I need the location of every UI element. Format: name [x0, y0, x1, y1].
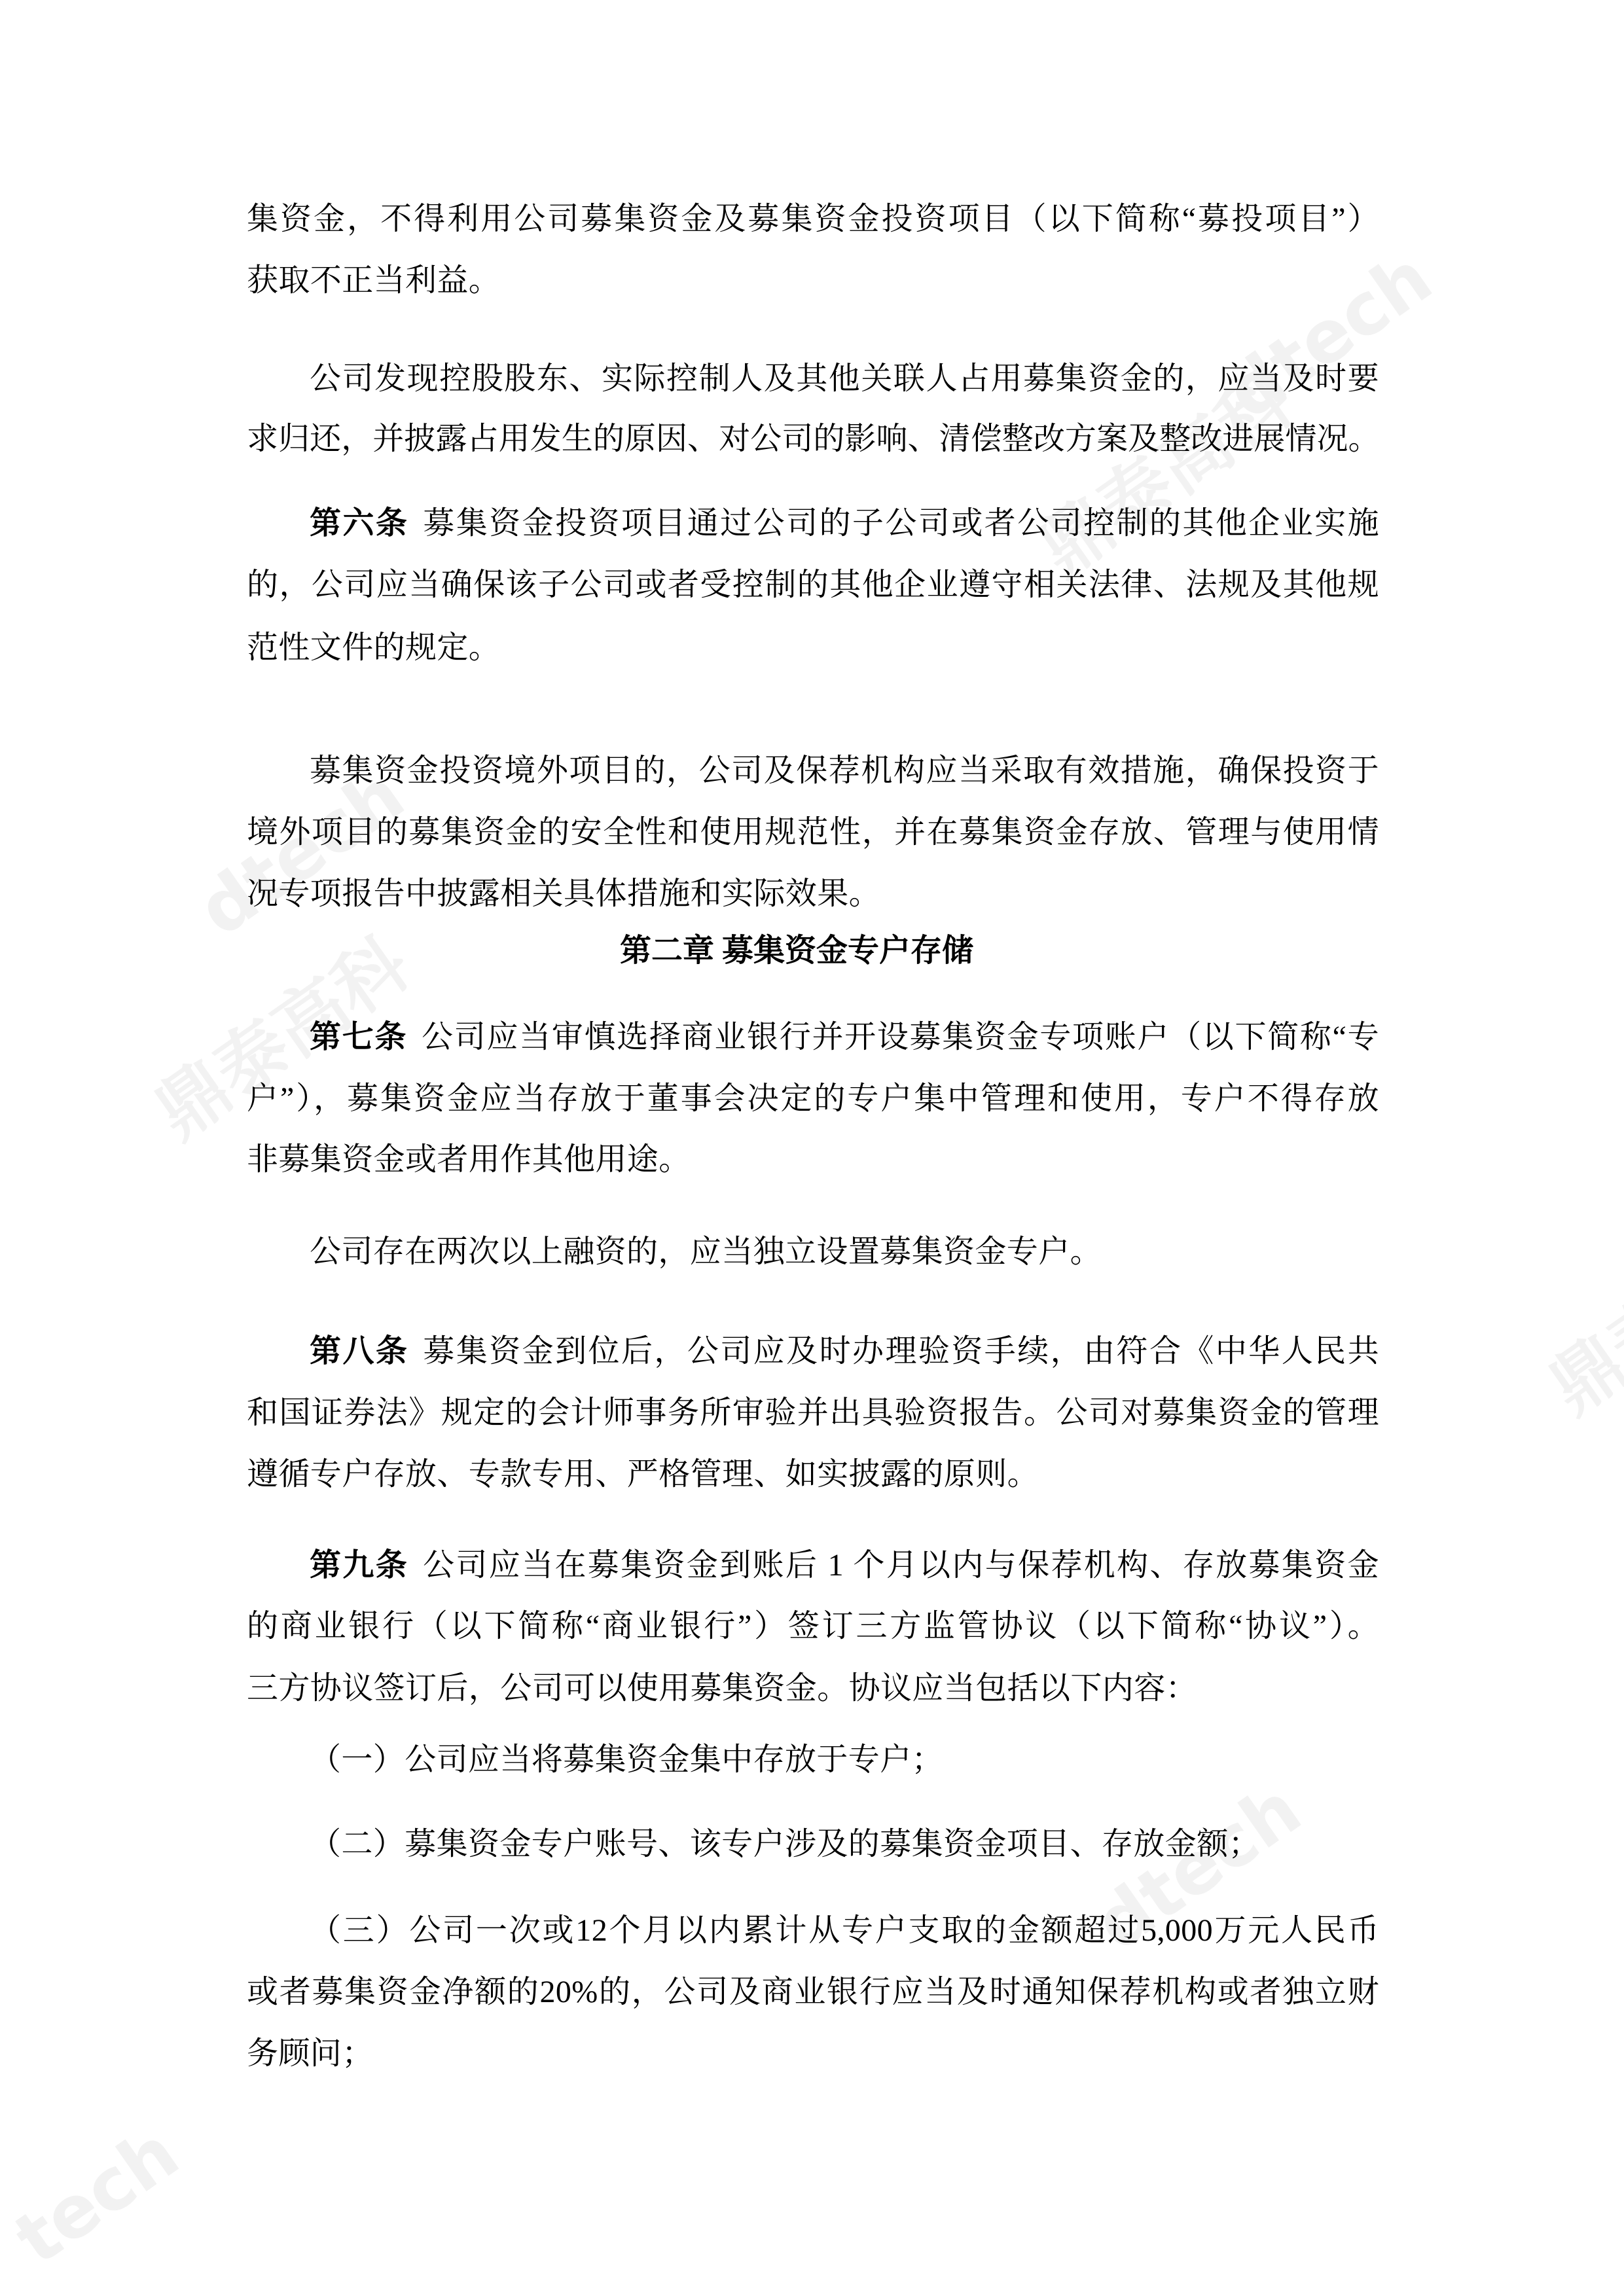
article-text: 募集资金投资项目通过公司的子公司或者公司控制的其他企业实施: [423, 506, 1379, 541]
paragraph-line: 募集资金投资境外项目的，公司及保荐机构应当采取有效措施，确保投资于: [310, 751, 1379, 791]
article-text: 公司应当在募集资金到账后 1 个月以内与保荐机构、存放募集资金: [423, 1548, 1379, 1583]
article-8-line-1: 第八条募集资金到位后，公司应及时办理验资手续，由符合《中华人民共: [310, 1332, 1379, 1371]
article-text: 公司应当审慎选择商业银行并开设募集资金专项账户（以下简称“专: [422, 1020, 1379, 1054]
list-item: （二）募集资金专户账号、该专户涉及的募集资金项目、存放金额；: [310, 1825, 1379, 1864]
paragraph-line: 况专项报告中披露相关具体措施和实际效果。: [247, 874, 1379, 914]
paragraph-line: 公司存在两次以上融资的，应当独立设置募集资金专户。: [310, 1232, 1379, 1272]
paragraph-line: 三方协议签订后，公司可以使用募集资金。协议应当包括以下内容：: [247, 1669, 1379, 1708]
article-text: 募集资金到位后，公司应及时办理验资手续，由符合《中华人民共: [423, 1334, 1379, 1369]
article-6-line-1: 第六条募集资金投资项目通过公司的子公司或者公司控制的其他企业实施: [310, 504, 1379, 543]
article-label: 第七条: [310, 1020, 407, 1054]
paragraph-line: 公司发现控股股东、实际控制人及其他关联人占用募集资金的，应当及时要: [310, 359, 1379, 399]
paragraph-line: 户”），募集资金应当存放于董事会决定的专户集中管理和使用，专户不得存放: [247, 1079, 1379, 1119]
paragraph-line: 或者募集资金净额的20%的，公司及商业银行应当及时通知保荐机构或者独立财: [247, 1973, 1379, 2012]
paragraph-line: 境外项目的募集资金的安全性和使用规范性，并在募集资金存放、管理与使用情: [247, 813, 1379, 852]
paragraph-line: 求归还，并披露占用发生的原因、对公司的影响、清偿整改方案及整改进展情况。: [247, 420, 1379, 459]
list-item: （一）公司应当将募集资金集中存放于专户；: [310, 1740, 1379, 1780]
paragraph-line: 集资金，不得利用公司募集资金及募集资金投资项目（以下简称“募投项目”）: [247, 200, 1379, 239]
chapter-heading: 第二章 募集资金专户存储: [620, 931, 908, 971]
article-7-line-1: 第七条公司应当审慎选择商业银行并开设募集资金专项账户（以下简称“专: [310, 1018, 1379, 1057]
paragraph-line: 范性文件的规定。: [247, 628, 1379, 668]
paragraph-line: 和国证券法》规定的会计师事务所审验并出具验资报告。公司对募集资金的管理: [247, 1393, 1379, 1433]
paragraph-line: 获取不正当利益。: [247, 261, 1379, 300]
paragraph-line: 的商业银行（以下简称“商业银行”）签订三方监管协议（以下简称“协议”）。: [247, 1607, 1379, 1646]
list-item: （三）公司一次或12个月以内累计从专户支取的金额超过5,000万元人民币: [310, 1911, 1379, 1950]
paragraph-line: 的，公司应当确保该子公司或者受控制的其他企业遵守相关法律、法规及其他规: [247, 565, 1379, 605]
paragraph-line: 遵循专户存放、专款专用、严格管理、如实披露的原则。: [247, 1455, 1379, 1494]
watermark: 鼎泰高科: [1525, 1183, 1624, 1433]
watermark: tech: [0, 2111, 193, 2281]
article-label: 第八条: [310, 1334, 408, 1369]
paragraph-line: 非募集资金或者用作其他用途。: [247, 1140, 1379, 1179]
article-label: 第九条: [310, 1548, 408, 1583]
document-page: 鼎泰高科 鼎泰高科 dtech dtech 鼎泰高科 dtech tech 集资…: [0, 0, 1624, 2296]
article-label: 第六条: [310, 506, 408, 541]
article-9-line-1: 第九条公司应当在募集资金到账后 1 个月以内与保荐机构、存放募集资金: [310, 1546, 1379, 1585]
paragraph-line: 务顾问；: [247, 2034, 1379, 2073]
